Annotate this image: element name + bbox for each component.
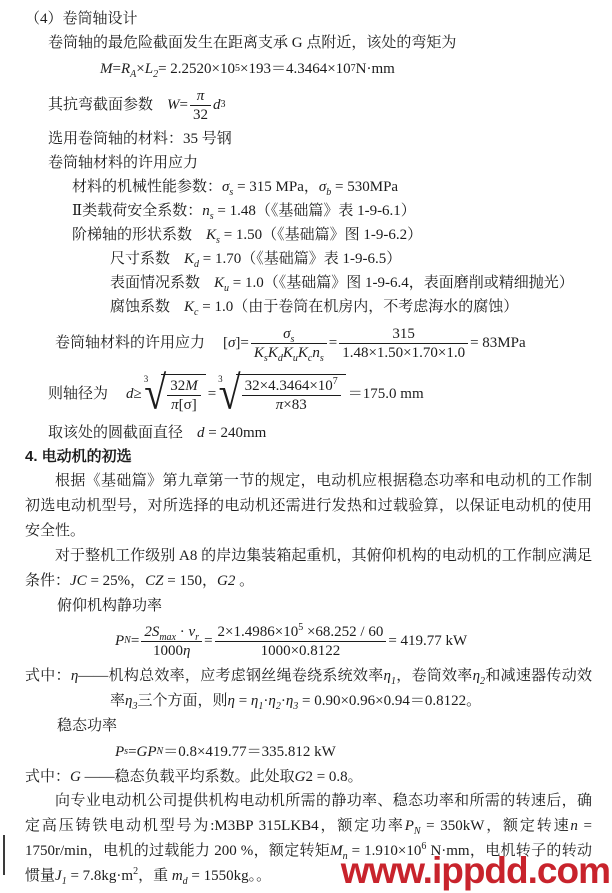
- formula-allowable-stress: 卷筒轴材料的许用应力 [σ] = σs KsKdKuKcns = 3151.48…: [55, 319, 592, 367]
- paragraph-danger-section: 卷筒轴的最危险截面发生在距离支承 G 点附近，该处的弯矩为: [48, 31, 592, 55]
- document-page: （4）卷筒轴设计 卷筒轴的最危险截面发生在距离支承 G 点附近，该处的弯矩为 M…: [0, 0, 612, 893]
- paragraph-motor-intro: 根据《基础篇》第九章第一节的规定，电动机应根据稳态功率和电动机的工作制初选电动机…: [25, 469, 592, 544]
- line-steady-power-title: 稳态功率: [57, 714, 592, 738]
- formula-section-modulus: 其抗弯截面参数 W = π32 d3: [48, 83, 592, 127]
- paragraph-material-choice: 选用卷筒轴的材料：35 号钢: [48, 127, 592, 151]
- revision-change-bar: [3, 835, 5, 875]
- paragraph-allowable-stress-title: 卷筒轴材料的许用应力: [48, 151, 592, 175]
- section-heading-drum-shaft: （4）卷筒轴设计: [25, 7, 592, 31]
- line-shape-factor: 阶梯轴的形状系数Ks = 1.50（《基础篇》图 1-9-6.2）: [72, 223, 592, 247]
- line-mechanical-properties: 材料的机械性能参数：σs = 315 MPa，σb = 530MPa: [72, 175, 592, 199]
- line-size-factor: 尺寸系数Kd = 1.70（《基础篇》表 1-9-6.5）: [110, 247, 592, 271]
- formula-steady-power: Ps = GPN＝0.8×419.77＝335.812 kW: [115, 738, 592, 765]
- fraction-pn-symbolic: 2Smax · vr 1000η: [141, 623, 202, 660]
- formula-shaft-diameter: 则轴径为 d ≥ 3√ 32Mπ[σ] = 3√ 32×4.3464×107π×…: [48, 367, 592, 421]
- fraction-pn-numeric: 2×1.4986×105 ×68.252 / 60 1000×0.8122: [215, 623, 387, 660]
- line-surface-factor: 表面情况系数Ku = 1.0（《基础篇》图 1-9-6.4，表面磨削或精细抛光）: [110, 271, 592, 295]
- line-final-diameter: 取该处的圆截面直径d = 240mm: [48, 421, 592, 445]
- section-heading-motor: 4. 电动机的初选: [25, 445, 592, 469]
- cube-root-symbolic: 3√ 32Mπ[σ]: [144, 370, 206, 418]
- fraction-315: 3151.48×1.50×1.70×1.0: [339, 325, 468, 362]
- fraction-pi-32: π32: [190, 87, 211, 124]
- paragraph-efficiency-note: 式中：η——机构总效率，应考虑钢丝绳卷绕系统效率η1，卷筒效率η2和减速器传动效…: [25, 664, 592, 714]
- formula-static-power: PN = 2Smax · vr 1000η = 2×1.4986×105 ×68…: [115, 618, 592, 664]
- line-g-factor-note: 式中：G ——稳态负载平均系数。此处取G2 = 0.8。: [25, 765, 592, 789]
- line-static-power-title: 俯仰机构静功率: [57, 594, 592, 618]
- line-corrosion-factor: 腐蚀系数Kc = 1.0（由于卷筒在机房内，不考虑海水的腐蚀）: [110, 295, 592, 319]
- paragraph-duty-conditions: 对于整机工作级别 A8 的岸边集装箱起重机，其俯仰机构的电动机的工作制应满足条件…: [25, 544, 592, 594]
- line-load-safety-factor: Ⅱ类载荷安全系数：ns = 1.48（《基础篇》表 1-9-6.1）: [72, 199, 592, 223]
- cube-root-numeric: 3√ 32×4.3464×107π×83: [218, 370, 346, 418]
- watermark: www.ippdd.com: [341, 850, 610, 892]
- formula-bending-moment: M = RA × L2 = 2.2520×105×193＝4.3464×107 …: [100, 55, 592, 83]
- fraction-sigma-k: σs KsKdKuKcns: [251, 325, 327, 362]
